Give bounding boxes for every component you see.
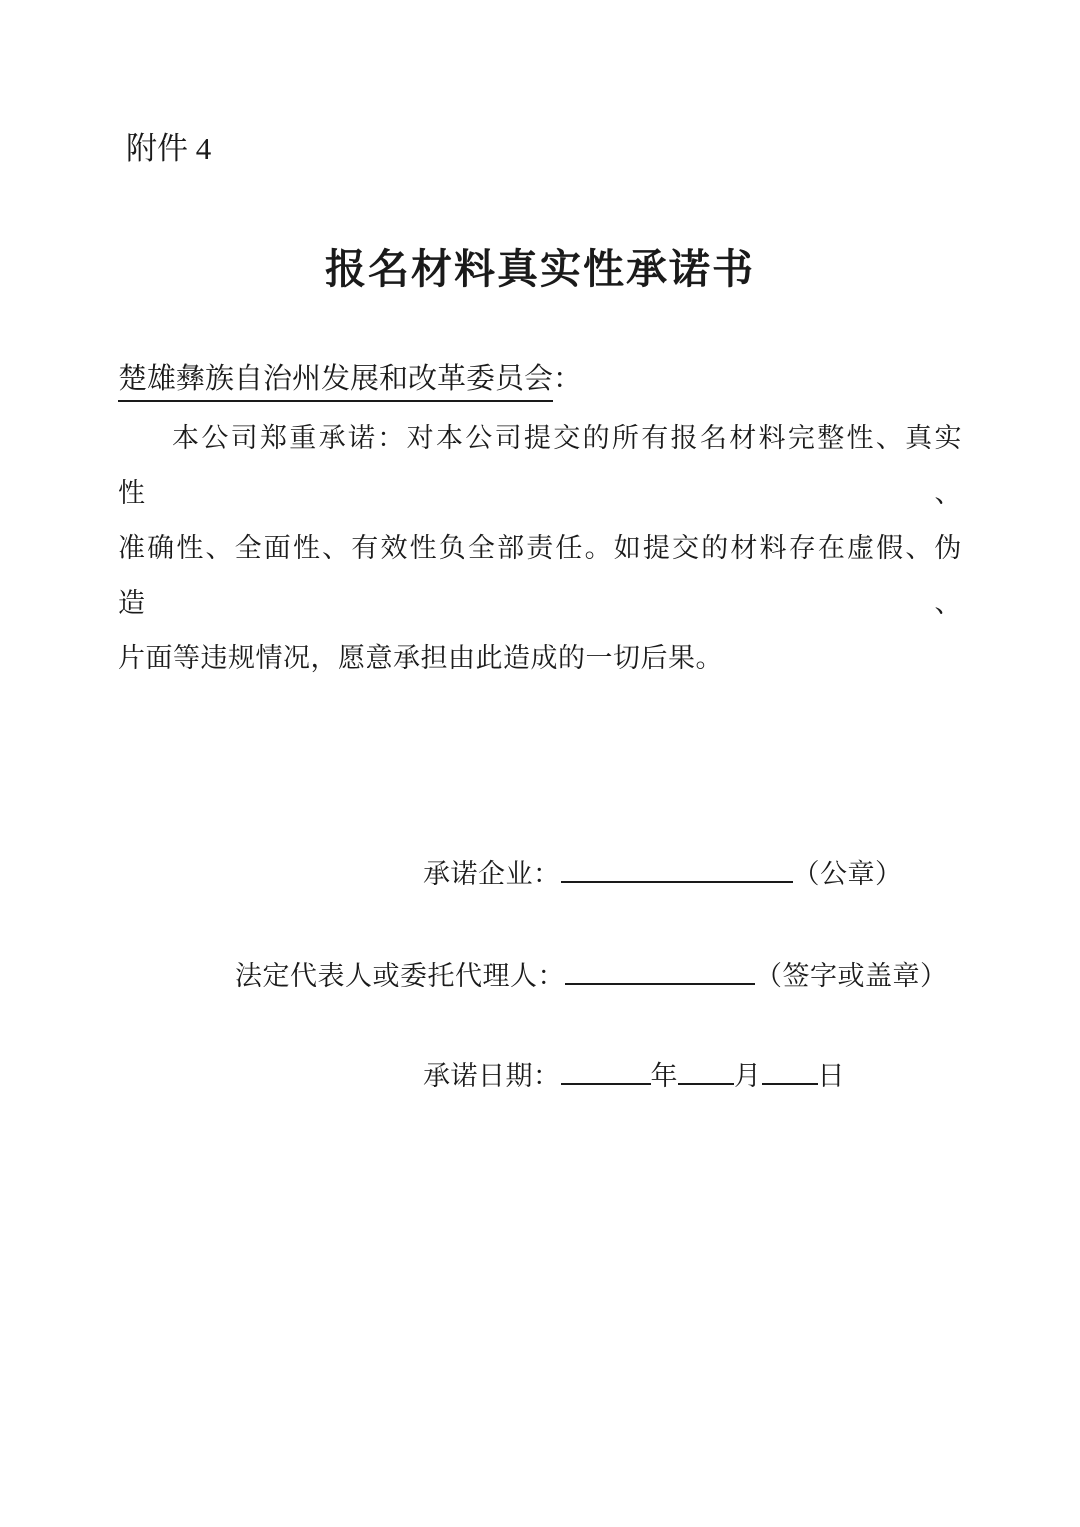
enterprise-label: 承诺企业： [423, 859, 561, 889]
promise-letter-page: 附件 4 报名材料真实性承诺书 楚雄彝族自治州发展和改革委员会： 本公司郑重承诺… [0, 0, 1080, 1527]
enterprise-seal-note: （公章） [793, 859, 903, 889]
date-row: 承诺日期：年月日 [423, 1056, 962, 1096]
body-line-2: 准确性、全面性、有效性负全部责任。如提交的材料存在虚假、伪造、 [118, 521, 962, 631]
date-label: 承诺日期： [423, 1061, 561, 1091]
date-month-blank [678, 1056, 734, 1085]
addressee-name: 楚雄彝族自治州发展和改革委员会 [118, 363, 553, 402]
representative-sign-note: （签字或盖章） [755, 961, 948, 991]
body-line-3: 片面等违规情况，愿意承担由此造成的一切后果。 [118, 631, 962, 686]
body-paragraph: 本公司郑重承诺：对本公司提交的所有报名材料完整性、真实性、 准确性、全面性、有效… [118, 411, 962, 686]
enterprise-signature-row: 承诺企业：（公章） [423, 854, 962, 894]
addressee-colon: ： [553, 363, 582, 395]
representative-name-blank [565, 956, 755, 985]
page-title: 报名材料真实性承诺书 [118, 243, 962, 295]
attachment-label: 附件 4 [126, 130, 962, 167]
date-day-label: 日 [818, 1061, 846, 1091]
representative-label: 法定代表人或委托代理人： [235, 961, 565, 991]
enterprise-name-blank [561, 854, 793, 883]
date-year-blank [561, 1056, 651, 1085]
representative-signature-row: 法定代表人或委托代理人：（签字或盖章） [235, 956, 962, 996]
date-month-label: 月 [734, 1061, 762, 1091]
body-line-1: 本公司郑重承诺：对本公司提交的所有报名材料完整性、真实性、 [118, 411, 962, 521]
date-year-label: 年 [651, 1061, 679, 1091]
addressee-line: 楚雄彝族自治州发展和改革委员会： [118, 359, 962, 399]
date-day-blank [762, 1056, 818, 1085]
